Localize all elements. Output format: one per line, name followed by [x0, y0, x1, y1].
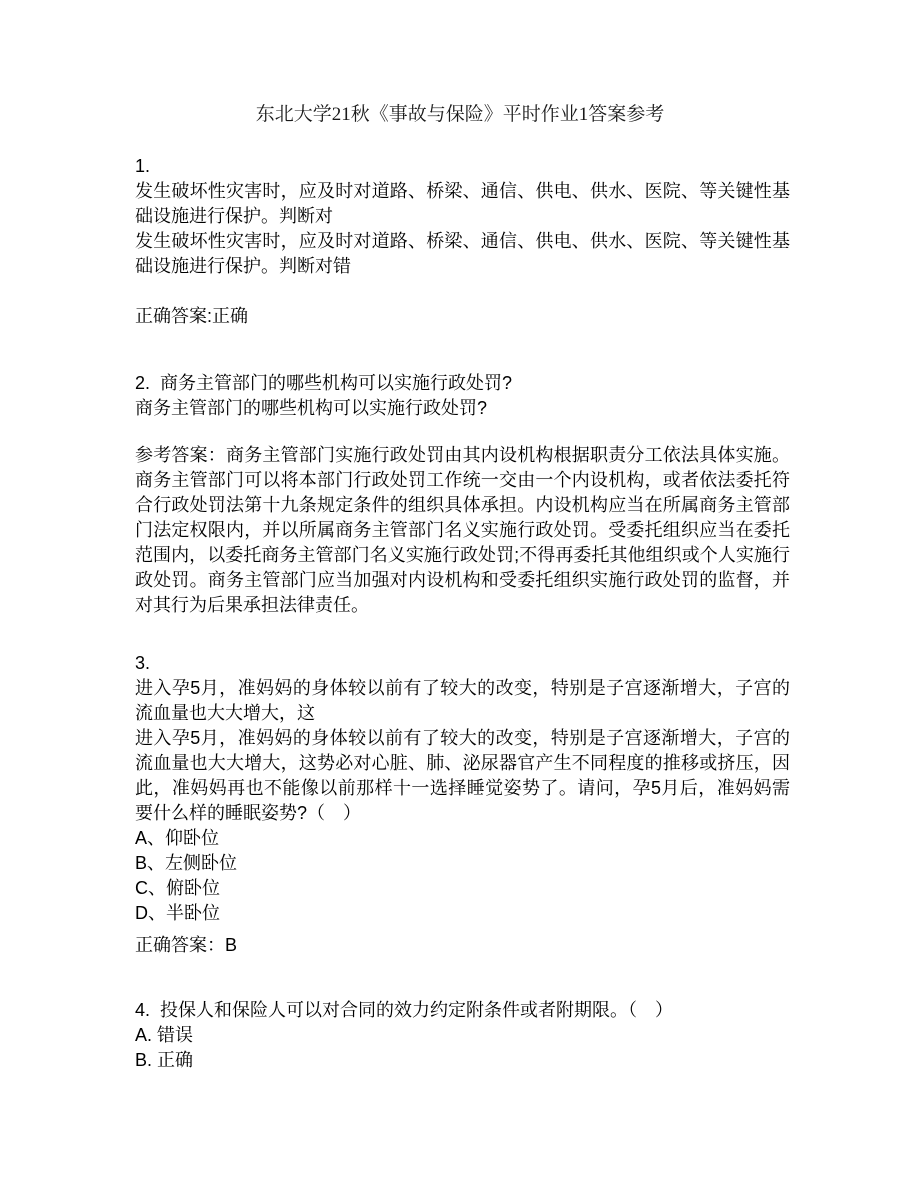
- question-1-number: 1.: [135, 154, 790, 179]
- document-content: 1. 发生破坏性灾害时，应及时对道路、桥梁、通信、供电、供水、医院、等关键性基础…: [135, 154, 790, 1073]
- question-3-stem-short: 进入孕5月，准妈妈的身体较以前有了较大的改变，特别是子宫逐渐增大，子宫的流血量也…: [135, 676, 790, 726]
- question-1-correct-answer: 正确答案:正确: [135, 304, 790, 329]
- question-2: 2. 商务主管部门的哪些机构可以实施行政处罚? 商务主管部门的哪些机构可以实施行…: [135, 371, 790, 618]
- question-3-number: 3.: [135, 651, 790, 676]
- question-1-statement-true: 发生破坏性灾害时，应及时对道路、桥梁、通信、供电、供水、医院、等关键性基础设施进…: [135, 179, 790, 229]
- question-3-option-c: C、俯卧位: [135, 876, 790, 901]
- question-4: 4. 投保人和保险人可以对合同的效力约定附条件或者附期限。（ ） A. 错误 B…: [135, 998, 790, 1073]
- question-3-option-d: D、半卧位: [135, 901, 790, 926]
- question-4-option-a: A. 错误: [135, 1023, 790, 1048]
- question-3-option-a: A、仰卧位: [135, 826, 790, 851]
- document-page: 东北大学21秋《事故与保险》平时作业1答案参考 1. 发生破坏性灾害时，应及时对…: [0, 0, 920, 1191]
- question-4-heading: 4. 投保人和保险人可以对合同的效力约定附条件或者附期限。（ ）: [135, 998, 790, 1023]
- question-3: 3. 进入孕5月，准妈妈的身体较以前有了较大的改变，特别是子宫逐渐增大，子宫的流…: [135, 651, 790, 958]
- question-2-restatement: 商务主管部门的哪些机构可以实施行政处罚?: [135, 396, 790, 421]
- question-1: 1. 发生破坏性灾害时，应及时对道路、桥梁、通信、供电、供水、医院、等关键性基础…: [135, 154, 790, 329]
- question-4-option-b: B. 正确: [135, 1048, 790, 1073]
- question-3-correct-answer: 正确答案：B: [135, 933, 790, 958]
- question-2-heading: 2. 商务主管部门的哪些机构可以实施行政处罚?: [135, 371, 790, 396]
- question-1-statement-truefalse: 发生破坏性灾害时，应及时对道路、桥梁、通信、供电、供水、医院、等关键性基础设施进…: [135, 229, 790, 279]
- question-3-option-b: B、左侧卧位: [135, 851, 790, 876]
- question-2-reference-answer: 参考答案：商务主管部门实施行政处罚由其内设机构根据职责分工依法具体实施。商务主管…: [135, 443, 790, 618]
- document-title: 东北大学21秋《事故与保险》平时作业1答案参考: [0, 0, 920, 128]
- question-3-stem-full: 进入孕5月，准妈妈的身体较以前有了较大的改变，特别是子宫逐渐增大，子宫的流血量也…: [135, 726, 790, 826]
